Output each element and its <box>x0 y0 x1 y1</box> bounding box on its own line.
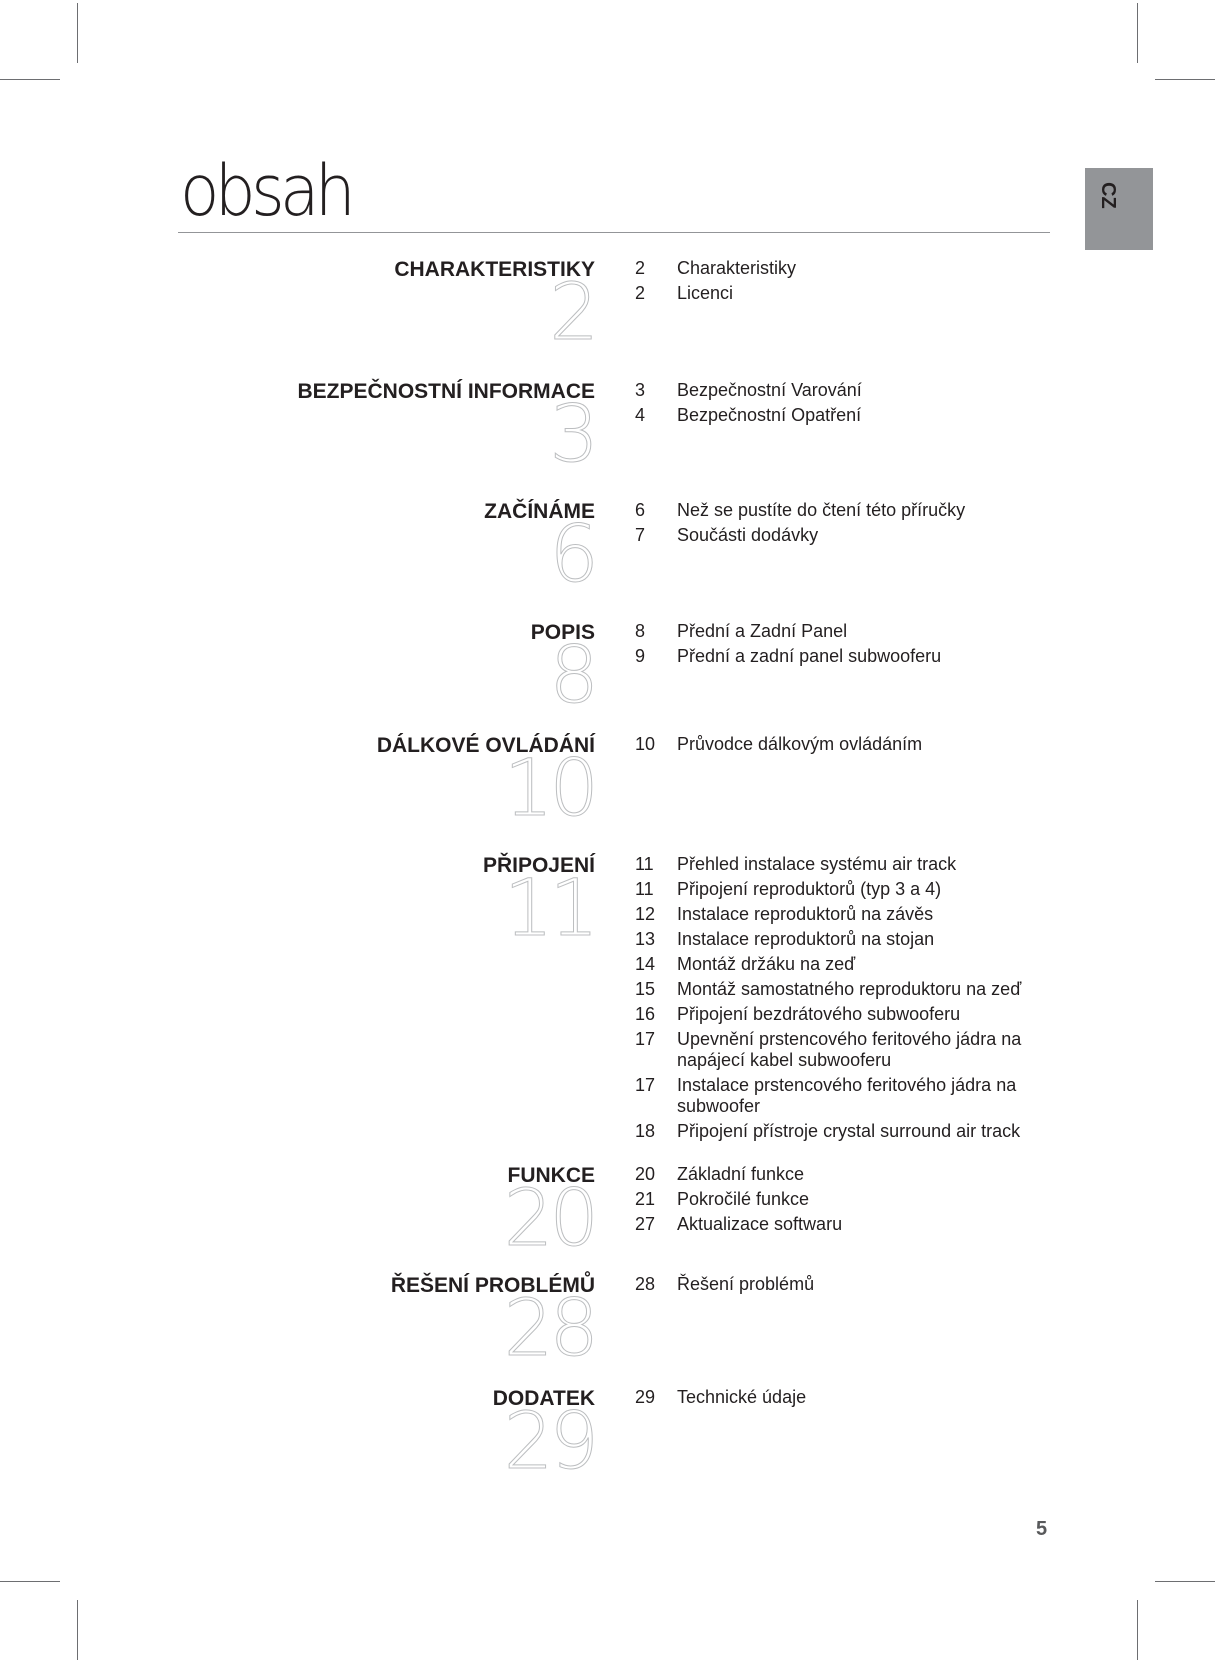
entry-title: Připojení přístroje crystal surround air… <box>677 1121 1055 1142</box>
section-entries: 20Základní funkce21Pokročilé funkce27Akt… <box>635 1164 1055 1239</box>
toc-entry[interactable]: 27Aktualizace softwaru <box>635 1214 1055 1235</box>
entry-page-number: 13 <box>635 929 677 950</box>
section-start-page: 2 <box>549 274 595 352</box>
entry-title: Přehled instalace systému air track <box>677 854 1055 875</box>
toc-entry[interactable]: 2Charakteristiky <box>635 258 1055 279</box>
entry-title: Bezpečnostní Varování <box>677 380 1055 401</box>
entry-page-number: 2 <box>635 258 677 279</box>
section-start-page: 29 <box>504 1403 595 1481</box>
toc-entry[interactable]: 3Bezpečnostní Varování <box>635 380 1055 401</box>
toc-entry[interactable]: 12Instalace reproduktorů na závěs <box>635 904 1055 925</box>
entry-page-number: 29 <box>635 1387 677 1408</box>
section-start-page: 28 <box>504 1290 595 1368</box>
section-start-page: 20 <box>504 1180 595 1258</box>
toc-entry[interactable]: 16Připojení bezdrátového subwooferu <box>635 1004 1055 1025</box>
toc-entry[interactable]: 17Instalace prstencového feritového jádr… <box>635 1075 1055 1117</box>
toc-entry[interactable]: 11Připojení reproduktorů (typ 3 a 4) <box>635 879 1055 900</box>
entry-page-number: 10 <box>635 734 677 755</box>
entry-title: Instalace prstencového feritového jádra … <box>677 1075 1055 1117</box>
entry-title: Bezpečnostní Opatření <box>677 405 1055 426</box>
section-start-page: 8 <box>549 637 595 715</box>
toc-entry[interactable]: 14Montáž držáku na zeď <box>635 954 1055 975</box>
section-entries: 6Než se pustíte do čtení této příručky7S… <box>635 500 1055 550</box>
entry-title: Licenci <box>677 283 1055 304</box>
entry-title: Základní funkce <box>677 1164 1055 1185</box>
crop-mark <box>0 1581 60 1582</box>
entry-page-number: 21 <box>635 1189 677 1210</box>
toc-entry[interactable]: 6Než se pustíte do čtení této příručky <box>635 500 1055 521</box>
entry-page-number: 6 <box>635 500 677 521</box>
title-divider <box>178 232 1050 233</box>
entry-title: Upevnění prstencového feritového jádra n… <box>677 1029 1055 1071</box>
toc-entry[interactable]: 17Upevnění prstencového feritového jádra… <box>635 1029 1055 1071</box>
entry-page-number: 7 <box>635 525 677 546</box>
entry-title: Připojení reproduktorů (typ 3 a 4) <box>677 879 1055 900</box>
entry-title: Součásti dodávky <box>677 525 1055 546</box>
section-start-page: 6 <box>549 516 595 594</box>
entry-title: Připojení bezdrátového subwooferu <box>677 1004 1055 1025</box>
entry-title: Instalace reproduktorů na závěs <box>677 904 1055 925</box>
crop-mark <box>77 3 78 63</box>
entry-title: Instalace reproduktorů na stojan <box>677 929 1055 950</box>
entry-title: Montáž samostatného reproduktoru na zeď <box>677 979 1055 1000</box>
entry-title: Pokročilé funkce <box>677 1189 1055 1210</box>
entry-page-number: 11 <box>635 879 677 900</box>
entry-page-number: 14 <box>635 954 677 975</box>
entry-title: Přední a Zadní Panel <box>677 621 1055 642</box>
entry-page-number: 11 <box>635 854 677 875</box>
toc-entry[interactable]: 7Součásti dodávky <box>635 525 1055 546</box>
section-entries: 11Přehled instalace systému air track11P… <box>635 854 1055 1146</box>
entry-page-number: 9 <box>635 646 677 667</box>
section-entries: 28Řešení problémů <box>635 1274 1055 1299</box>
entry-title: Montáž držáku na zeď <box>677 954 1055 975</box>
entry-page-number: 16 <box>635 1004 677 1025</box>
entry-title: Přední a zadní panel subwooferu <box>677 646 1055 667</box>
entry-title: Průvodce dálkovým ovládáním <box>677 734 1055 755</box>
entry-page-number: 20 <box>635 1164 677 1185</box>
toc-entry[interactable]: 11Přehled instalace systému air track <box>635 854 1055 875</box>
entry-page-number: 3 <box>635 380 677 401</box>
language-tab-label: CZ <box>1096 182 1119 209</box>
toc-entry[interactable]: 9Přední a zadní panel subwooferu <box>635 646 1055 667</box>
crop-mark <box>1155 79 1215 80</box>
entry-page-number: 17 <box>635 1075 677 1117</box>
entry-page-number: 15 <box>635 979 677 1000</box>
section-entries: 3Bezpečnostní Varování4Bezpečnostní Opat… <box>635 380 1055 430</box>
toc-entry[interactable]: 15Montáž samostatného reproduktoru na ze… <box>635 979 1055 1000</box>
toc-entry[interactable]: 8Přední a Zadní Panel <box>635 621 1055 642</box>
entry-page-number: 12 <box>635 904 677 925</box>
entry-title: Charakteristiky <box>677 258 1055 279</box>
entry-title: Aktualizace softwaru <box>677 1214 1055 1235</box>
section-entries: 10Průvodce dálkovým ovládáním <box>635 734 1055 759</box>
section-start-page: 10 <box>504 750 595 828</box>
section-entries: 29Technické údaje <box>635 1387 1055 1412</box>
toc-entry[interactable]: 28Řešení problémů <box>635 1274 1055 1295</box>
crop-mark <box>0 79 60 80</box>
section-start-page: 3 <box>549 396 595 474</box>
entry-page-number: 18 <box>635 1121 677 1142</box>
entry-title: Řešení problémů <box>677 1274 1055 1295</box>
entry-title: Technické údaje <box>677 1387 1055 1408</box>
entry-page-number: 8 <box>635 621 677 642</box>
crop-mark <box>77 1600 78 1660</box>
toc-entry[interactable]: 18Připojení přístroje crystal surround a… <box>635 1121 1055 1142</box>
language-tab: CZ <box>1085 168 1153 250</box>
toc-entry[interactable]: 21Pokročilé funkce <box>635 1189 1055 1210</box>
entry-page-number: 4 <box>635 405 677 426</box>
toc-entry[interactable]: 10Průvodce dálkovým ovládáním <box>635 734 1055 755</box>
toc-entry[interactable]: 13Instalace reproduktorů na stojan <box>635 929 1055 950</box>
section-entries: 2Charakteristiky2Licenci <box>635 258 1055 308</box>
toc-entry[interactable]: 4Bezpečnostní Opatření <box>635 405 1055 426</box>
entry-page-number: 27 <box>635 1214 677 1235</box>
entry-page-number: 17 <box>635 1029 677 1071</box>
crop-mark <box>1137 3 1138 63</box>
toc-entry[interactable]: 2Licenci <box>635 283 1055 304</box>
page-title: obsah <box>180 150 351 232</box>
section-entries: 8Přední a Zadní Panel9Přední a zadní pan… <box>635 621 1055 671</box>
toc-entry[interactable]: 29Technické údaje <box>635 1387 1055 1408</box>
crop-mark <box>1155 1581 1215 1582</box>
entry-title: Než se pustíte do čtení této příručky <box>677 500 1055 521</box>
section-start-page: 11 <box>504 870 595 948</box>
toc-entry[interactable]: 20Základní funkce <box>635 1164 1055 1185</box>
crop-mark <box>1137 1600 1138 1660</box>
page-number: 5 <box>1036 1518 1047 1541</box>
entry-page-number: 28 <box>635 1274 677 1295</box>
entry-page-number: 2 <box>635 283 677 304</box>
